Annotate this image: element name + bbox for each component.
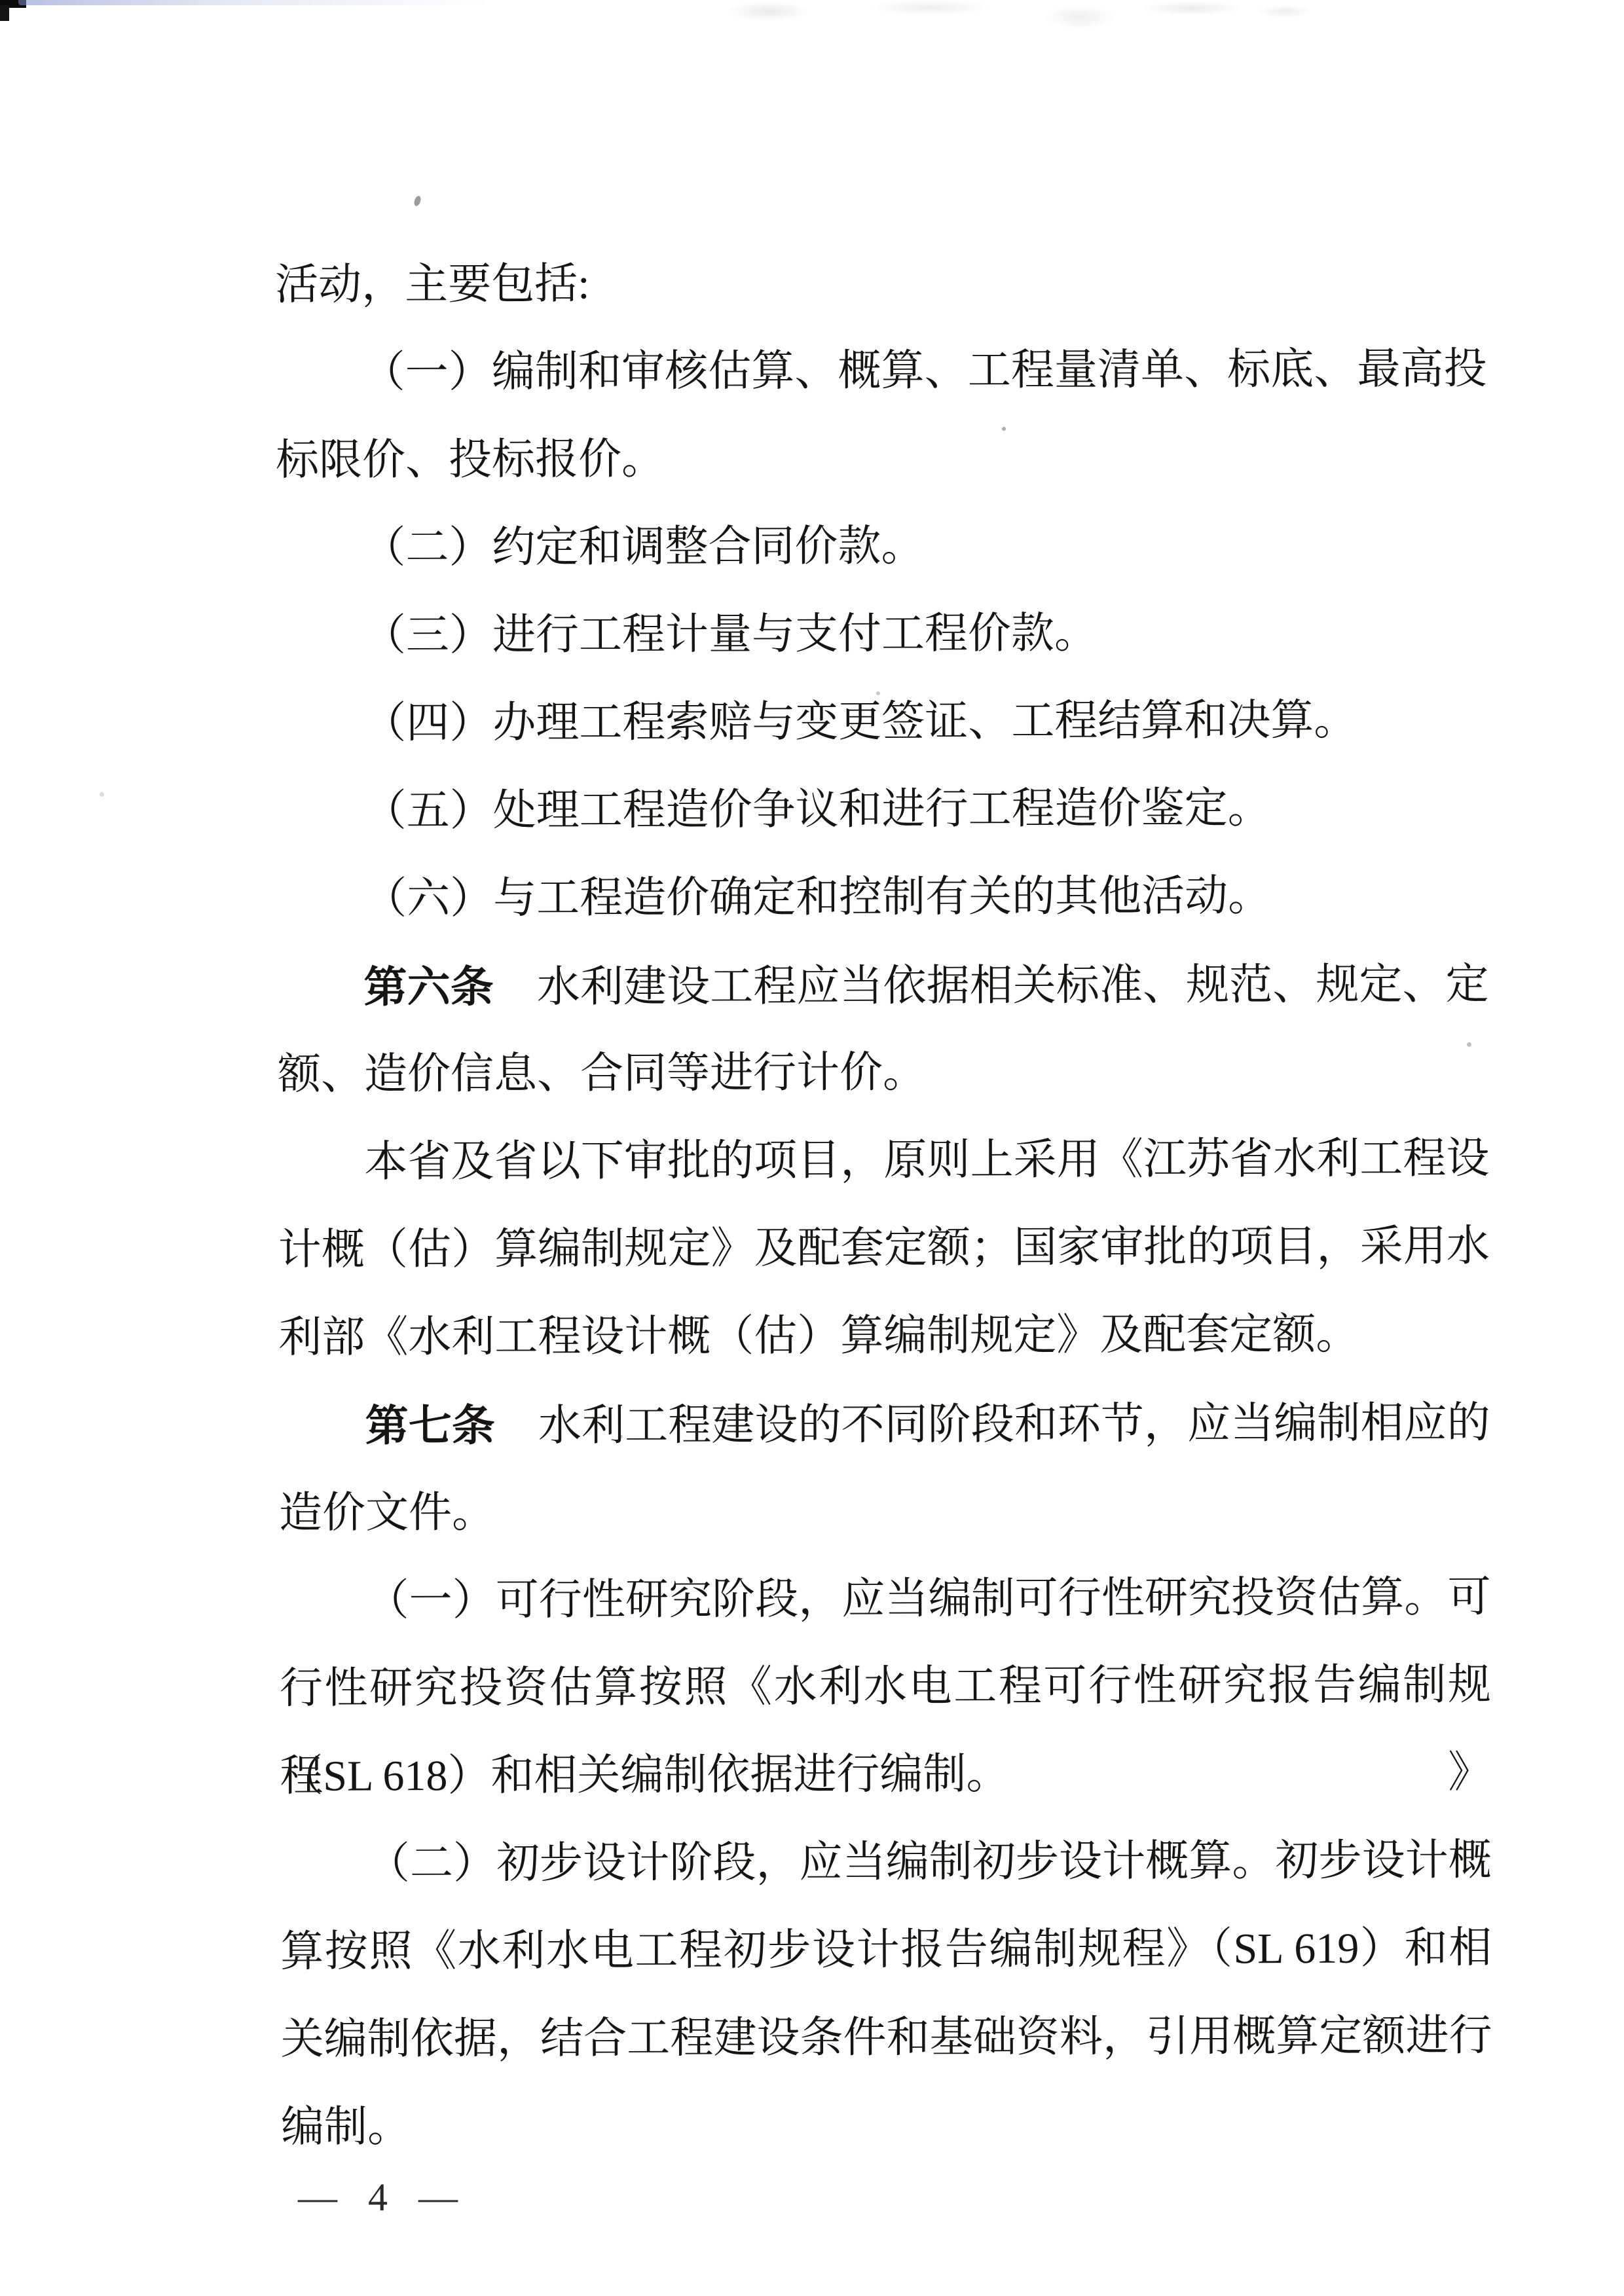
- line-text: 水利工程建设的不同阶段和环节，应当编制相应的: [495, 1399, 1490, 1450]
- text-line: 本省及省以下审批的项目，原则上采用《江苏省水利工程设: [278, 1115, 1489, 1207]
- text-line: 算按照《水利水电工程初步设计报告编制规程》（SL 619）和相: [280, 1904, 1492, 1996]
- text-line: 额、造价信息、合同等进行计价。: [278, 1027, 1489, 1119]
- scan-speck: [100, 792, 104, 797]
- text-line: （三）进行工程计量与支付工程价款。: [276, 589, 1488, 680]
- text-line: 利部《水利工程设计概（估）算编制规定》及配套定额。: [278, 1290, 1490, 1382]
- line-text: 算按照《水利水电工程初步设计报告编制规程》（SL 619）和相: [280, 1924, 1492, 1976]
- line-text: （二）约定和调整合同价款。: [362, 522, 924, 572]
- scan-artifact-corner-mark: [0, 5, 9, 21]
- line-text: 关编制依据，结合工程建设条件和基础资料，引用概算定额进行: [281, 2012, 1492, 2064]
- text-line: （二）初步设计阶段，应当编制初步设计概算。初步设计概: [280, 1817, 1492, 1908]
- line-text: 活动，主要包括:: [275, 260, 590, 309]
- text-line: 第六条 水利建设工程应当依据相关标准、规范、规定、定: [277, 939, 1488, 1031]
- text-line: （五）处理工程造价争议和进行工程造价鉴定。: [277, 764, 1488, 856]
- scanned-document-page: 活动，主要包括: （一）编制和审核估算、概算、工程量清单、标底、最高投 标限价、…: [0, 0, 1624, 2296]
- line-text: （一）可行性研究阶段，应当编制可行性研究投资估算。可: [365, 1573, 1490, 1624]
- line-text: （六）与工程造价确定和控制有关的其他活动。: [363, 872, 1271, 922]
- line-text: 标限价、投标报价。: [276, 435, 665, 484]
- scan-artifact-corner-mark: [0, 0, 26, 8]
- line-text: （五）处理工程造价争议和进行工程造价鉴定。: [363, 784, 1271, 835]
- line-text: 计概（估）算编制规定》及配套定额；国家审批的项目，采用水: [278, 1222, 1490, 1274]
- line-text: （四）办理工程索赔与变更签证、工程结算和决算。: [363, 697, 1357, 748]
- scan-artifact-smudge: [694, 0, 1316, 38]
- line-text: （SL 618）和相关编制依据进行编制。: [280, 1750, 1009, 1800]
- line-text: 编制。: [281, 2103, 411, 2151]
- line-text: （三）进行工程计量与支付工程价款。: [363, 610, 1098, 660]
- scan-artifact-smudge: [18, 0, 490, 5]
- text-line: 编制。: [281, 2080, 1492, 2172]
- text-line: （二）约定和调整合同价款。: [276, 501, 1487, 592]
- article-number: 第六条: [363, 962, 493, 1011]
- line-text: 本省及省以下审批的项目，原则上采用《江苏省水利工程设: [364, 1135, 1489, 1186]
- text-line: 关编制依据，结合工程建设条件和基础资料，引用概算定额进行: [280, 1992, 1492, 2084]
- line-text: 额、造价信息、合同等进行计价。: [278, 1049, 926, 1099]
- text-line: 造价文件。: [279, 1466, 1490, 1558]
- text-line: 计概（估）算编制规定》及配套定额；国家审批的项目，采用水: [278, 1203, 1490, 1294]
- line-text: （一）编制和审核估算、概算、工程量清单、标底、最高投: [362, 345, 1487, 396]
- line-text: 造价文件。: [279, 1489, 495, 1537]
- scan-speck: [413, 195, 422, 207]
- text-line: （四）办理工程索赔与变更签证、工程结算和决算。: [276, 676, 1488, 768]
- text-line: （一）编制和审核估算、概算、工程量清单、标底、最高投: [275, 325, 1486, 417]
- text-line: （一）可行性研究阶段，应当编制可行性研究投资估算。可: [279, 1554, 1490, 1645]
- text-line: 标限价、投标报价。: [276, 413, 1487, 505]
- page-number: — 4 —: [298, 2175, 459, 2220]
- text-line: 活动，主要包括:: [275, 238, 1486, 329]
- article-number: 第七条: [365, 1401, 495, 1450]
- text-line: 行性研究投资估算按照《水利水电工程可行性研究报告编制规程》: [280, 1641, 1491, 1733]
- text-line: （六）与工程造价确定和控制有关的其他活动。: [277, 852, 1488, 943]
- document-body: 活动，主要包括: （一）编制和审核估算、概算、工程量清单、标底、最高投 标限价、…: [275, 238, 1492, 2172]
- text-line: 第七条 水利工程建设的不同阶段和环节，应当编制相应的: [278, 1378, 1490, 1470]
- line-text: 水利建设工程应当依据相关标准、规范、规定、定: [494, 960, 1489, 1011]
- page-number-text: — 4 —: [298, 2176, 459, 2219]
- line-text: （二）初步设计阶段，应当编制初步设计概算。初步设计概: [367, 1836, 1492, 1887]
- line-text: 利部《水利工程设计概（估）算编制规定》及配套定额。: [278, 1311, 1359, 1362]
